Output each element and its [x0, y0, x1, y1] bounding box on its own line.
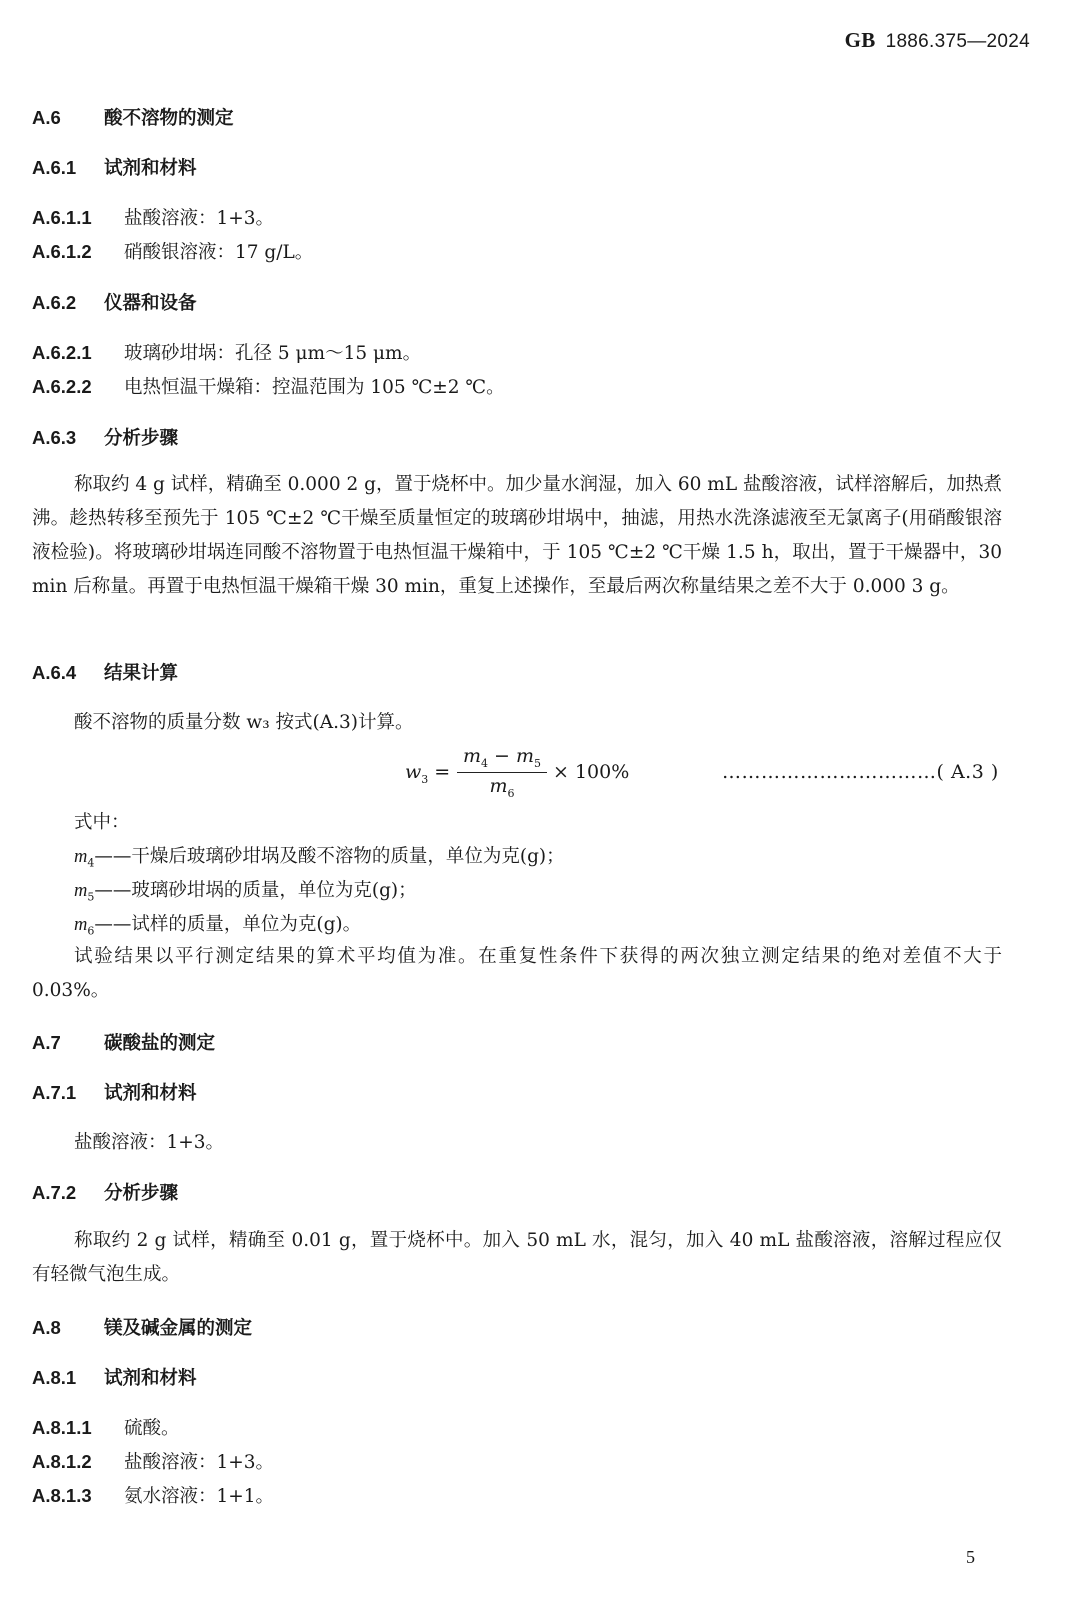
item-text: 氨水溶液：1+1。: [124, 1486, 274, 1507]
standard-prefix: GB: [845, 28, 876, 52]
formula-numerator: m4 − m5: [457, 745, 547, 773]
section-title: 试剂和材料: [104, 1083, 197, 1104]
heading-a6-2: A.6.2仪器和设备: [32, 289, 197, 315]
heading-a6: A.6酸不溶物的测定: [32, 104, 234, 130]
item-text: 硫酸。: [124, 1418, 180, 1439]
section-title: 分析步骤: [104, 1183, 178, 1204]
heading-a7-1: A.7.1试剂和材料: [32, 1079, 197, 1105]
heading-a6-3: A.6.3分析步骤: [32, 424, 178, 450]
item-text: 盐酸溶液：1+3。: [124, 1452, 274, 1473]
item-a8-1-3: A.8.1.3氨水溶液：1+1。: [32, 1482, 274, 1508]
paragraph-a7-1: 盐酸溶液：1+3。: [74, 1128, 224, 1154]
heading-a8: A.8镁及碱金属的测定: [32, 1314, 252, 1340]
equation-number: ……………………………( A.3 ): [722, 761, 999, 783]
section-number: A.8.1: [32, 1367, 104, 1389]
item-number: A.6.2.2: [32, 376, 124, 398]
section-number: A.7.1: [32, 1082, 104, 1104]
standard-number: 1886.375—2024: [886, 31, 1030, 52]
item-a6-2-1: A.6.2.1玻璃砂坩埚：孔径 5 μm～15 μm。: [32, 339, 421, 365]
item-a6-1-2: A.6.1.2硝酸银溶液：17 g/L。: [32, 238, 313, 264]
item-a8-1-1: A.8.1.1硫酸。: [32, 1414, 180, 1440]
page-number: 5: [966, 1547, 975, 1568]
item-number: A.6.1.1: [32, 207, 124, 229]
paragraph-a7-2: 称取约 2 g 试样，精确至 0.01 g，置于烧杯中。加入 50 mL 水，混…: [32, 1224, 1002, 1292]
section-title: 镁及碱金属的测定: [104, 1318, 252, 1339]
formula-lhs: w3 =: [405, 761, 450, 786]
formula-denominator: m6: [457, 773, 547, 800]
item-number: A.8.1.1: [32, 1417, 124, 1439]
definition-m4: m4——干燥后玻璃砂坩埚及酸不溶物的质量，单位为克(g)；: [74, 842, 565, 870]
definition-m6: m6——试样的质量，单位为克(g)。: [74, 910, 361, 938]
formula-rhs: × 100%: [553, 761, 629, 783]
section-number: A.6.4: [32, 662, 104, 684]
item-number: A.8.1.2: [32, 1451, 124, 1473]
paragraph-a6-3: 称取约 4 g 试样，精确至 0.000 2 g，置于烧杯中。加少量水润湿，加入…: [32, 468, 1002, 604]
item-text: 玻璃砂坩埚：孔径 5 μm～15 μm。: [124, 343, 421, 364]
heading-a6-1: A.6.1试剂和材料: [32, 154, 197, 180]
section-number: A.6.2: [32, 292, 104, 314]
item-number: A.8.1.3: [32, 1485, 124, 1507]
item-a8-1-2: A.8.1.2盐酸溶液：1+3。: [32, 1448, 274, 1474]
section-title: 试剂和材料: [104, 158, 197, 179]
section-number: A.8: [32, 1317, 104, 1339]
formula-fraction: m4 − m5 m6: [457, 745, 547, 800]
section-title: 分析步骤: [104, 428, 178, 449]
item-number: A.6.2.1: [32, 342, 124, 364]
item-a6-2-2: A.6.2.2电热恒温干燥箱：控温范围为 105 ℃±2 ℃。: [32, 373, 505, 399]
item-text: 盐酸溶液：1+3。: [124, 208, 274, 229]
section-number: A.6.3: [32, 427, 104, 449]
heading-a8-1: A.8.1试剂和材料: [32, 1364, 197, 1390]
heading-a7-2: A.7.2分析步骤: [32, 1179, 178, 1205]
definition-m5: m5——玻璃砂坩埚的质量，单位为克(g)；: [74, 876, 417, 904]
section-number: A.7.2: [32, 1182, 104, 1204]
result-paragraph: 试验结果以平行测定结果的算术平均值为准。在重复性条件下获得的两次独立测定结果的绝…: [32, 940, 1002, 1008]
item-text: 电热恒温干燥箱：控温范围为 105 ℃±2 ℃。: [124, 377, 505, 398]
heading-a6-4: A.6.4结果计算: [32, 659, 178, 685]
heading-a7: A.7碳酸盐的测定: [32, 1029, 215, 1055]
section-number: A.6: [32, 107, 104, 129]
section-number: A.6.1: [32, 157, 104, 179]
section-title: 酸不溶物的测定: [104, 108, 234, 129]
formula-intro: 酸不溶物的质量分数 w₃ 按式(A.3)计算。: [74, 708, 413, 734]
page-header: GB1886.375—2024: [845, 28, 1030, 53]
item-text: 硝酸银溶液：17 g/L。: [124, 242, 313, 263]
item-number: A.6.1.2: [32, 241, 124, 263]
section-title: 结果计算: [104, 663, 178, 684]
item-a6-1-1: A.6.1.1盐酸溶液：1+3。: [32, 204, 274, 230]
section-title: 碳酸盐的测定: [104, 1033, 215, 1054]
section-title: 仪器和设备: [104, 293, 197, 314]
where-label: 式中：: [74, 808, 130, 834]
section-title: 试剂和材料: [104, 1368, 197, 1389]
section-number: A.7: [32, 1032, 104, 1054]
